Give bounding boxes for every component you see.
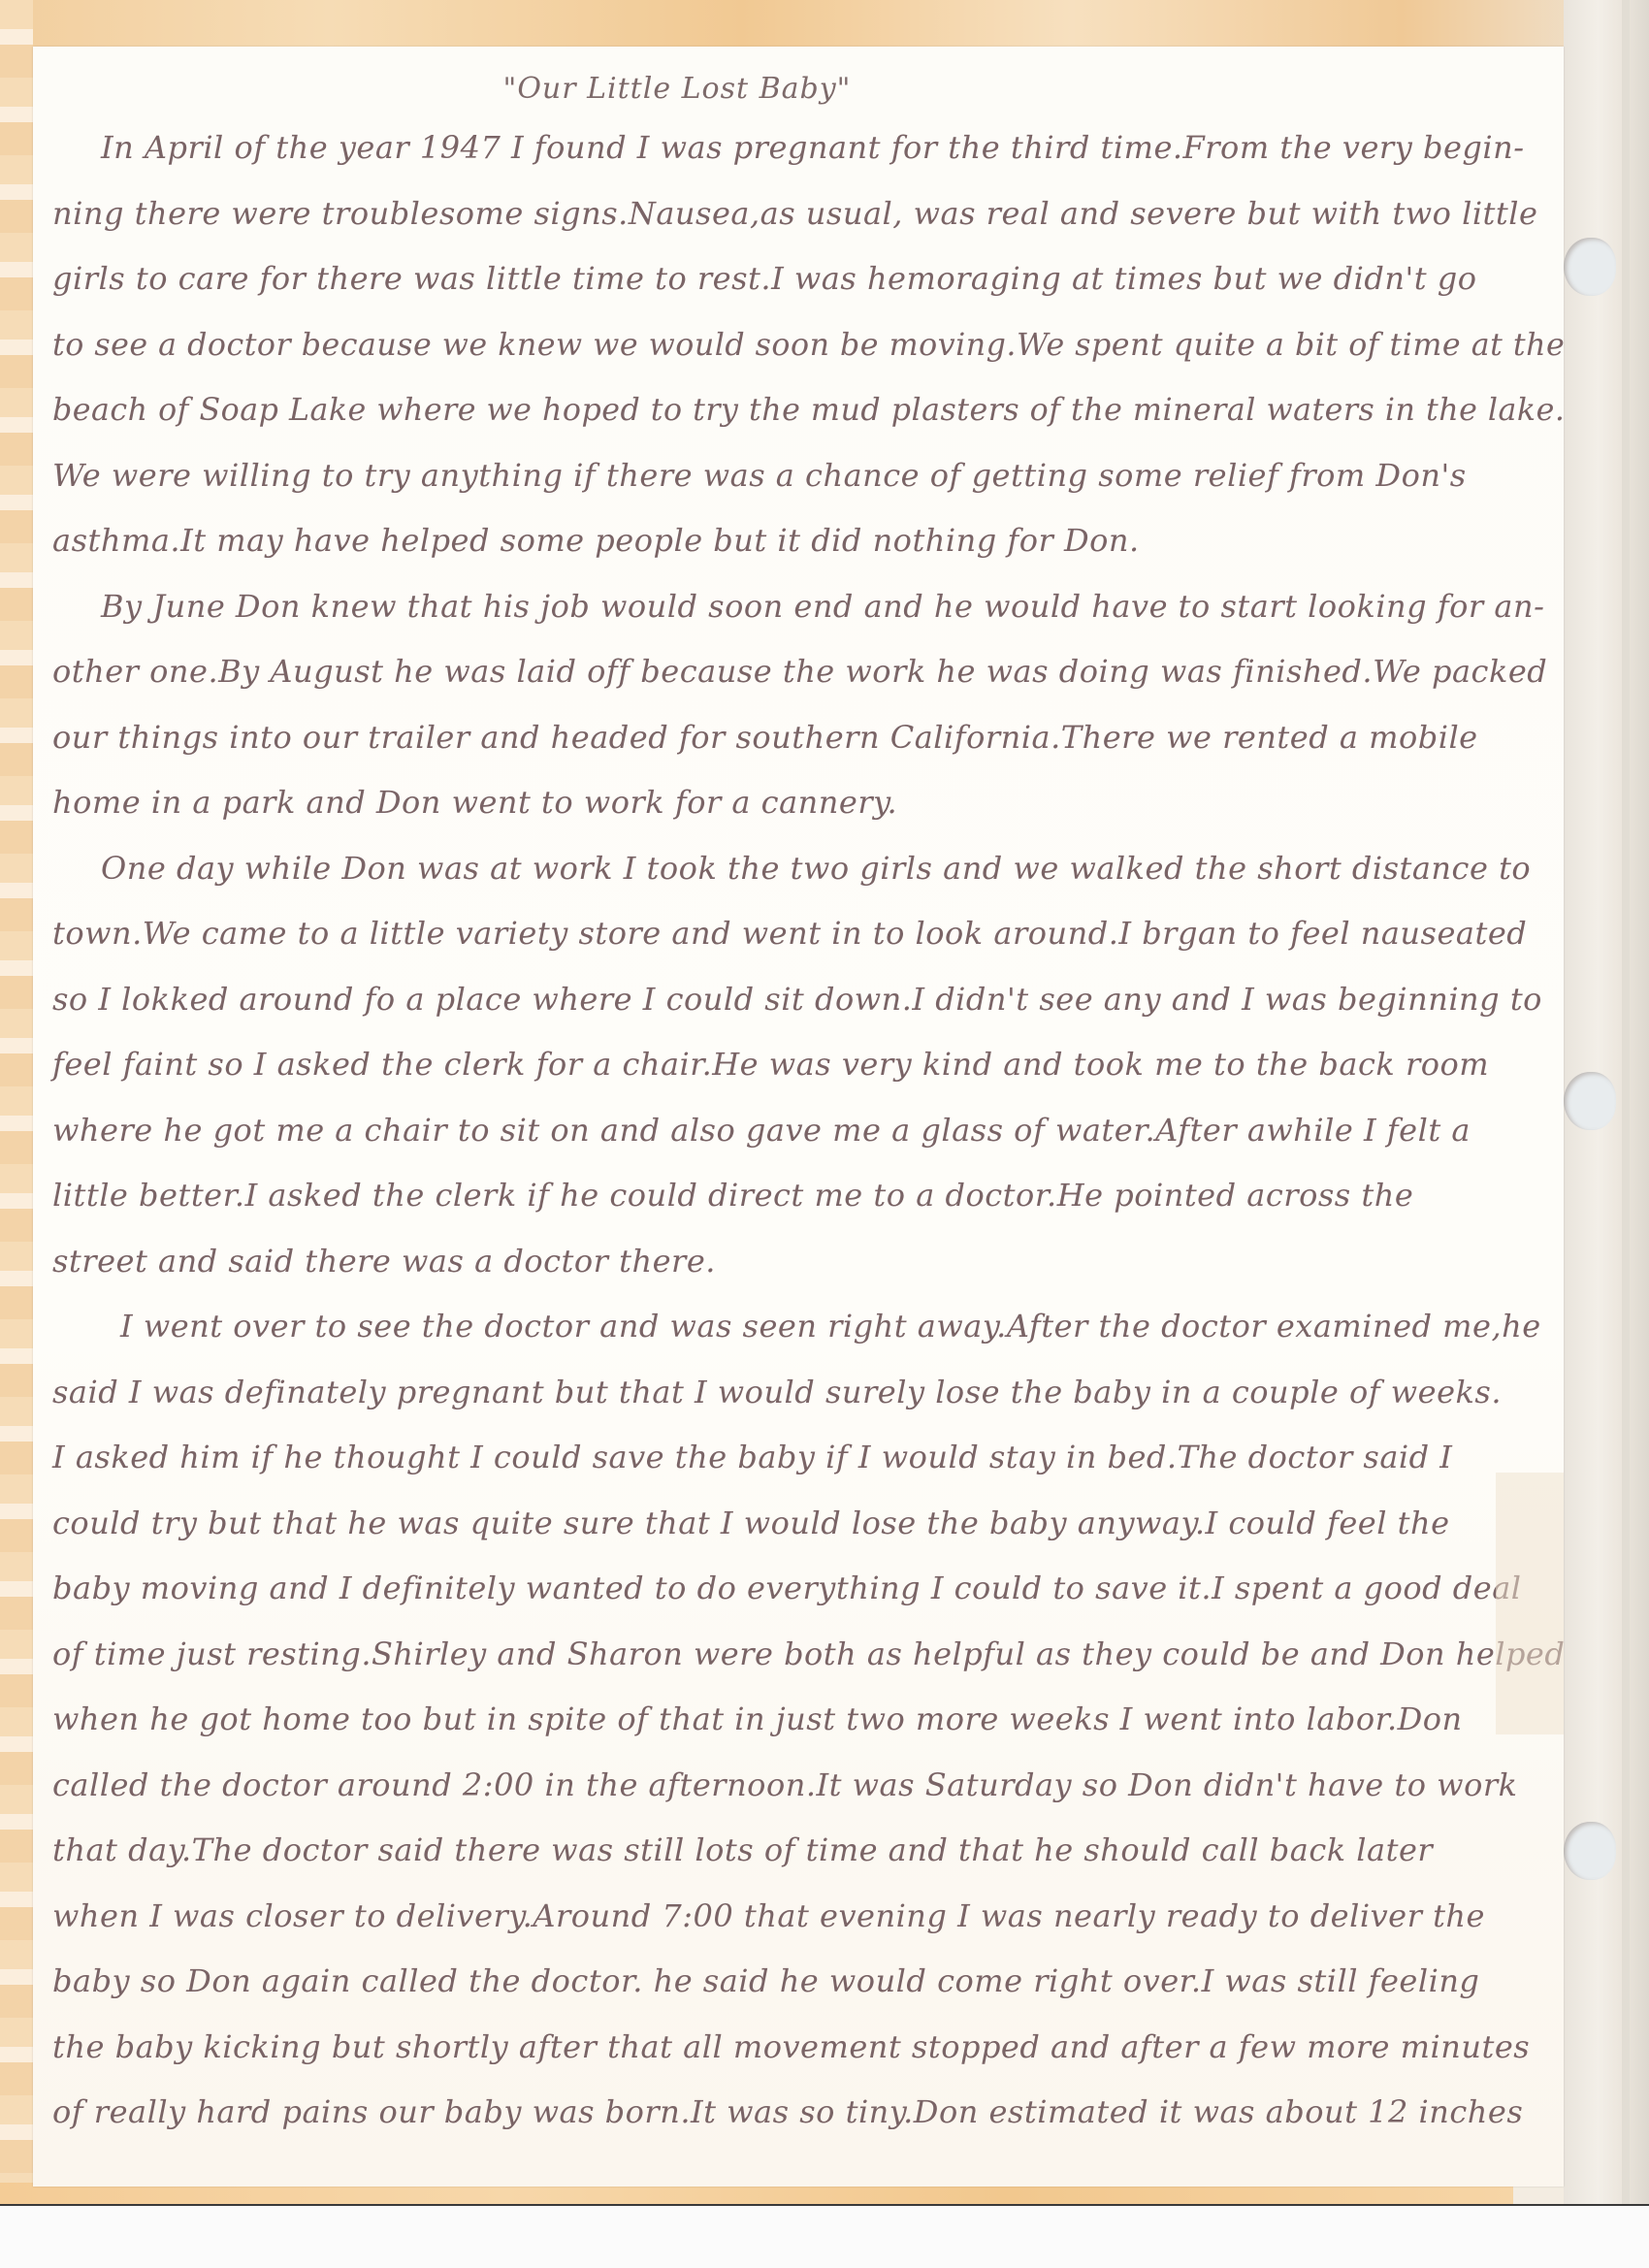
text-line: By June Don knew that his job would soon… xyxy=(101,588,1544,625)
text-line: called the doctor around 2:00 in the aft… xyxy=(52,1766,1518,1803)
wood-background-left xyxy=(0,0,33,2202)
punch-hole-icon xyxy=(1564,1072,1616,1130)
punch-hole-icon xyxy=(1564,1822,1616,1880)
punch-hole-icon xyxy=(1564,238,1616,296)
text-line: town.We came to a little variety store a… xyxy=(52,915,1527,952)
text-line: baby moving and I definitely wanted to d… xyxy=(52,1570,1522,1606)
text-line: home in a park and Don went to work for … xyxy=(52,784,897,821)
white-base-strip xyxy=(0,2204,1649,2268)
text-line: said I was definately pregnant but that … xyxy=(52,1374,1502,1410)
text-line: One day while Don was at work I took the… xyxy=(101,850,1531,887)
text-line: of really hard pains our baby was born.I… xyxy=(52,2093,1523,2130)
text-line: little better.I asked the clerk if he co… xyxy=(52,1177,1413,1214)
text-line: In April of the year 1947 I found I was … xyxy=(101,129,1525,166)
text-line: the baby kicking but shortly after that … xyxy=(52,2028,1530,2065)
text-line: when he got home too but in spite of tha… xyxy=(52,1701,1463,1737)
text-line: street and said there was a doctor there… xyxy=(52,1243,716,1280)
text-line: I asked him if he thought I could save t… xyxy=(52,1439,1452,1475)
typed-page: "Our Little Lost Baby" In April of the y… xyxy=(33,47,1564,2187)
text-line: other one.By August he was laid off beca… xyxy=(52,653,1547,690)
text-line: could try but that he was quite sure tha… xyxy=(52,1505,1450,1541)
text-line: where he got me a chair to sit on and al… xyxy=(52,1112,1471,1149)
binder-edge xyxy=(1622,0,1630,2204)
page-title: "Our Little Lost Baby" xyxy=(33,72,1564,106)
text-line: I went over to see the doctor and was se… xyxy=(120,1308,1541,1345)
text-line: our things into our trailer and headed f… xyxy=(52,719,1478,756)
text-line: ning there were troublesome signs.Nausea… xyxy=(52,195,1537,232)
text-line: of time just resting.Shirley and Sharon … xyxy=(52,1636,1565,1672)
text-line: when I was closer to delivery.Around 7:0… xyxy=(52,1897,1485,1934)
text-line: asthma.It may have helped some people bu… xyxy=(52,522,1140,559)
text-line: girls to care for there was little time … xyxy=(52,260,1477,297)
text-line: beach of Soap Lake where we hoped to try… xyxy=(52,391,1565,428)
text-line: to see a doctor because we knew we would… xyxy=(52,326,1565,363)
text-line: feel faint so I asked the clerk for a ch… xyxy=(52,1046,1489,1083)
text-line: We were willing to try anything if there… xyxy=(52,457,1467,494)
text-line: so I lokked around fo a place where I co… xyxy=(52,981,1542,1018)
text-line: that day.The doctor said there was still… xyxy=(52,1831,1433,1868)
text-line: baby so Don again called the doctor. he … xyxy=(52,1962,1479,1999)
